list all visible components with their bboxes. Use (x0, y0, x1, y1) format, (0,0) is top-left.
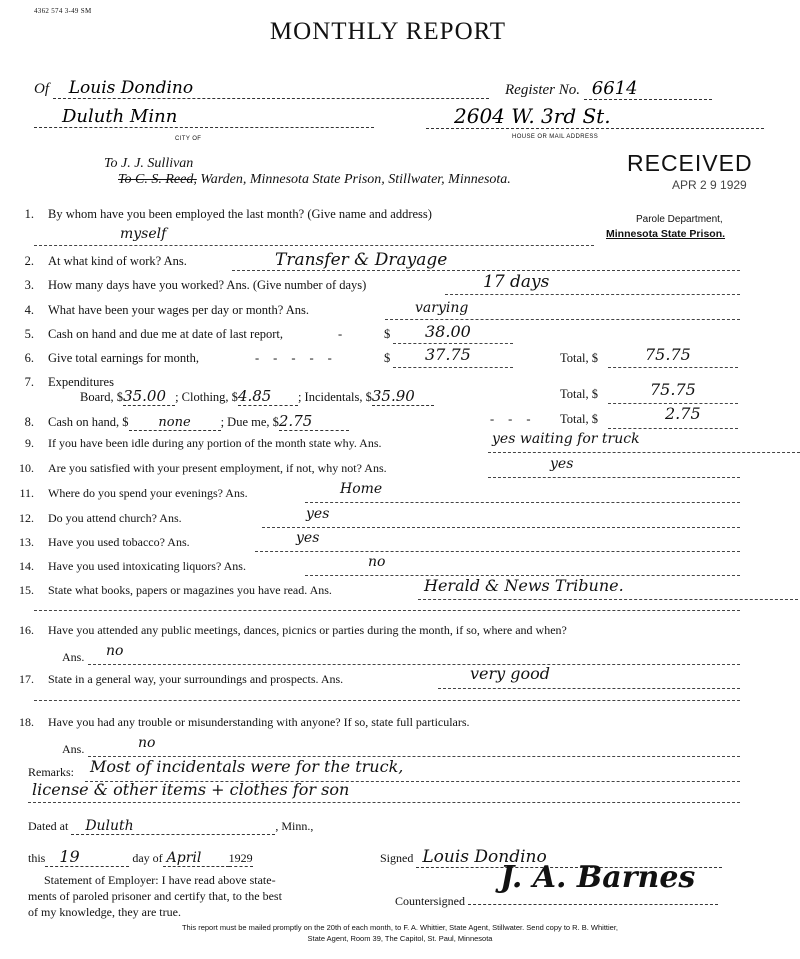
employer-countersignature[interactable]: J. A. Barnes (500, 860, 695, 895)
footer-instructions-1: This report must be mailed promptly on t… (0, 923, 800, 932)
answer-18-field[interactable]: no (138, 735, 155, 751)
page-title: MONTHLY REPORT (0, 18, 776, 46)
dollar-sign: $ (384, 351, 390, 366)
board-field[interactable]: 35.00 (123, 387, 175, 406)
parolee-name-field[interactable]: Louis Dondino (53, 78, 489, 99)
this-label: this (28, 851, 45, 865)
due-me-field[interactable]: 2.75 (279, 412, 349, 431)
question-text: If you have been idle during any portion… (48, 436, 382, 450)
dated-state: , Minn., (275, 819, 313, 833)
incidentals-label: Incidentals, $ (305, 390, 372, 404)
answer-6-earnings-field[interactable]: 37.75 (425, 345, 471, 364)
countersigned-label: Countersigned (395, 894, 465, 908)
question-13: 13.Have you used tobacco? Ans. (0, 535, 190, 550)
to-line: To J. J. Sullivan (104, 156, 193, 172)
board-label: Board, $ (80, 390, 123, 404)
clothing-label: Clothing, $ (182, 390, 238, 404)
question-number: 7. (0, 375, 34, 390)
question-number: 6. (0, 351, 34, 366)
question-text: What have been your wages per day or mon… (48, 303, 309, 317)
question-number: 16. (0, 623, 34, 638)
city-field[interactable]: Duluth Minn (34, 106, 374, 128)
question-number: 5. (0, 327, 34, 342)
city-caption: CITY OF (175, 136, 201, 142)
form-number: 4362 574 3-49 SM (34, 7, 92, 15)
question-16: 16.Have you attended any public meetings… (0, 623, 567, 638)
question-text: Cash on hand and due me at date of last … (48, 327, 283, 341)
address-field[interactable]: 2604 W. 3rd St. (426, 104, 764, 129)
answer-label: Ans. (62, 650, 84, 665)
question-17: 17.State in a general way, your surround… (0, 672, 343, 687)
answer-10-field[interactable]: yes (550, 456, 573, 472)
question-8: 8.Cash on hand, $none; Due me, $2.75 (0, 412, 349, 431)
dated-row: Dated at Duluth, Minn., (28, 818, 313, 835)
remarks-line-1[interactable]: Most of incidentals were for the truck, (90, 757, 403, 776)
question-text: By whom have you been employed the last … (48, 207, 432, 221)
incidentals-field[interactable]: 35.90 (372, 387, 434, 406)
question-2: 2.At what kind of work? Ans. (0, 254, 187, 269)
answer-6-total-field[interactable]: 75.75 (645, 345, 691, 364)
of-row: Of Louis Dondino (34, 78, 489, 99)
question-5: 5.Cash on hand and due me at date of las… (0, 327, 283, 342)
question-number: 15. (0, 583, 34, 598)
question-15: 15.State what books, papers or magazines… (0, 583, 332, 598)
year-field[interactable]: 1929 (229, 851, 253, 867)
remarks-line-2[interactable]: license & other items + clothes for son (32, 780, 349, 799)
answer-13-field[interactable]: yes (296, 530, 319, 546)
clothing-field[interactable]: 4.85 (238, 387, 298, 406)
register-label: Register No. (505, 82, 580, 98)
question-text: Have you attended any public meetings, d… (48, 623, 567, 637)
question-text: At what kind of work? Ans. (48, 254, 187, 268)
footer-instructions-2: State Agent, Room 39, The Capitol, St. P… (0, 934, 800, 943)
city-row: Duluth Minn (34, 106, 374, 128)
employer-statement-3: of my knowledge, they are true. (28, 905, 181, 920)
answer-9-field[interactable]: yes waiting for truck (492, 431, 640, 447)
total-label: Total, $ (560, 387, 598, 402)
due-label: ; Due me, $ (221, 415, 279, 429)
answer-11-field[interactable]: Home (340, 481, 382, 497)
question-6: 6.Give total earnings for month, (0, 351, 199, 366)
answer-4-field[interactable]: varying (415, 300, 468, 316)
dated-place-field[interactable]: Duluth (71, 818, 275, 835)
warden-line: Warden, Minnesota State Prison, Stillwat… (200, 172, 510, 187)
question-number: 1. (0, 207, 34, 222)
answer-7-total-field[interactable]: 75.75 (650, 380, 696, 399)
address-caption: HOUSE OR MAIL ADDRESS (512, 134, 598, 140)
date-row: this19 day ofApril1929 (28, 847, 253, 867)
question-text: Have you had any trouble or misunderstan… (48, 715, 470, 729)
day-field[interactable]: 19 (45, 847, 129, 867)
question-9: 9.If you have been idle during any porti… (0, 436, 382, 451)
question-number: 11. (0, 486, 34, 501)
question-text: Do you attend church? Ans. (48, 511, 182, 525)
answer-14-field[interactable]: no (368, 554, 385, 570)
question-10: 10.Are you satisfied with your present e… (0, 461, 387, 476)
employer-statement-2: ments of paroled prisoner and certify th… (28, 889, 282, 904)
month-field[interactable]: April (163, 850, 229, 867)
total-label: Total, $ (560, 351, 598, 366)
answer-3-field[interactable]: 17 days (483, 272, 549, 292)
question-text: State in a general way, your surrounding… (48, 672, 343, 686)
question-number: 2. (0, 254, 34, 269)
stamp-date: APR 2 9 1929 (672, 178, 747, 192)
total-label: Total, $ (560, 412, 598, 427)
question-text: Cash on hand, $ (48, 415, 129, 429)
question-number: 14. (0, 559, 34, 574)
question-text: Where do you spend your evenings? Ans. (48, 486, 248, 500)
question-4: 4.What have been your wages per day or m… (0, 303, 309, 318)
countersigned-row: Countersigned (395, 894, 718, 909)
of-label: Of (34, 81, 49, 97)
question-text: Give total earnings for month, (48, 351, 199, 365)
remarks-label: Remarks: (28, 765, 74, 780)
stamp-department: Parole Department, (636, 214, 723, 225)
question-number: 8. (0, 415, 34, 430)
employer-statement-1: Statement of Employer: I have read above… (44, 873, 276, 888)
question-text: Have you used tobacco? Ans. (48, 535, 190, 549)
question-number: 18. (0, 715, 34, 730)
answer-1-field[interactable]: myself (120, 226, 166, 242)
answer-12-field[interactable]: yes (306, 506, 329, 522)
day-of-label: day of (132, 851, 162, 865)
question-text: State what books, papers or magazines yo… (48, 583, 332, 597)
dated-label: Dated at (28, 819, 68, 833)
question-number: 4. (0, 303, 34, 318)
warden-row: To C. S. Reed, Warden, Minnesota State P… (118, 172, 511, 188)
question-number: 17. (0, 672, 34, 687)
answer-2-field[interactable]: Transfer & Drayage (275, 250, 447, 270)
question-text: Are you satisfied with your present empl… (48, 461, 387, 475)
question-1: 1.By whom have you been employed the las… (0, 207, 432, 222)
question-number: 12. (0, 511, 34, 526)
stamp-prison: Minnesota State Prison. (606, 228, 725, 240)
dollar-sign: $ (384, 327, 390, 342)
struck-name: To C. S. Reed, (118, 172, 197, 187)
question-number: 10. (0, 461, 34, 476)
question-3: 3.How many days have you worked? Ans. (G… (0, 278, 366, 293)
expenditures-row: Board, $35.00; Clothing, $4.85; Incident… (80, 387, 434, 406)
signed-label: Signed (380, 851, 413, 865)
answer-label: Ans. (62, 742, 84, 757)
answer-8-total-field[interactable]: 2.75 (665, 404, 701, 423)
answer-5-field[interactable]: 38.00 (425, 322, 471, 341)
received-stamp: RECEIVED (627, 150, 753, 177)
question-text: Have you used intoxicating liquors? Ans. (48, 559, 246, 573)
question-number: 13. (0, 535, 34, 550)
question-14: 14.Have you used intoxicating liquors? A… (0, 559, 246, 574)
address-row: 2604 W. 3rd St. (426, 104, 764, 129)
question-number: 3. (0, 278, 34, 293)
question-number: 9. (0, 436, 34, 451)
question-11: 11.Where do you spend your evenings? Ans… (0, 486, 248, 501)
answer-16-field[interactable]: no (106, 643, 123, 659)
question-18: 18.Have you had any trouble or misunders… (0, 715, 470, 730)
register-number-field[interactable]: 6614 (584, 78, 712, 100)
cash-on-hand-field[interactable]: none (129, 415, 221, 431)
answer-15-field[interactable]: Herald & News Tribune. (424, 576, 624, 595)
question-12: 12.Do you attend church? Ans. (0, 511, 182, 526)
question-text: How many days have you worked? Ans. (Giv… (48, 278, 366, 292)
answer-17-field[interactable]: very good (470, 664, 550, 683)
register-row: Register No. 6614 (505, 78, 712, 100)
